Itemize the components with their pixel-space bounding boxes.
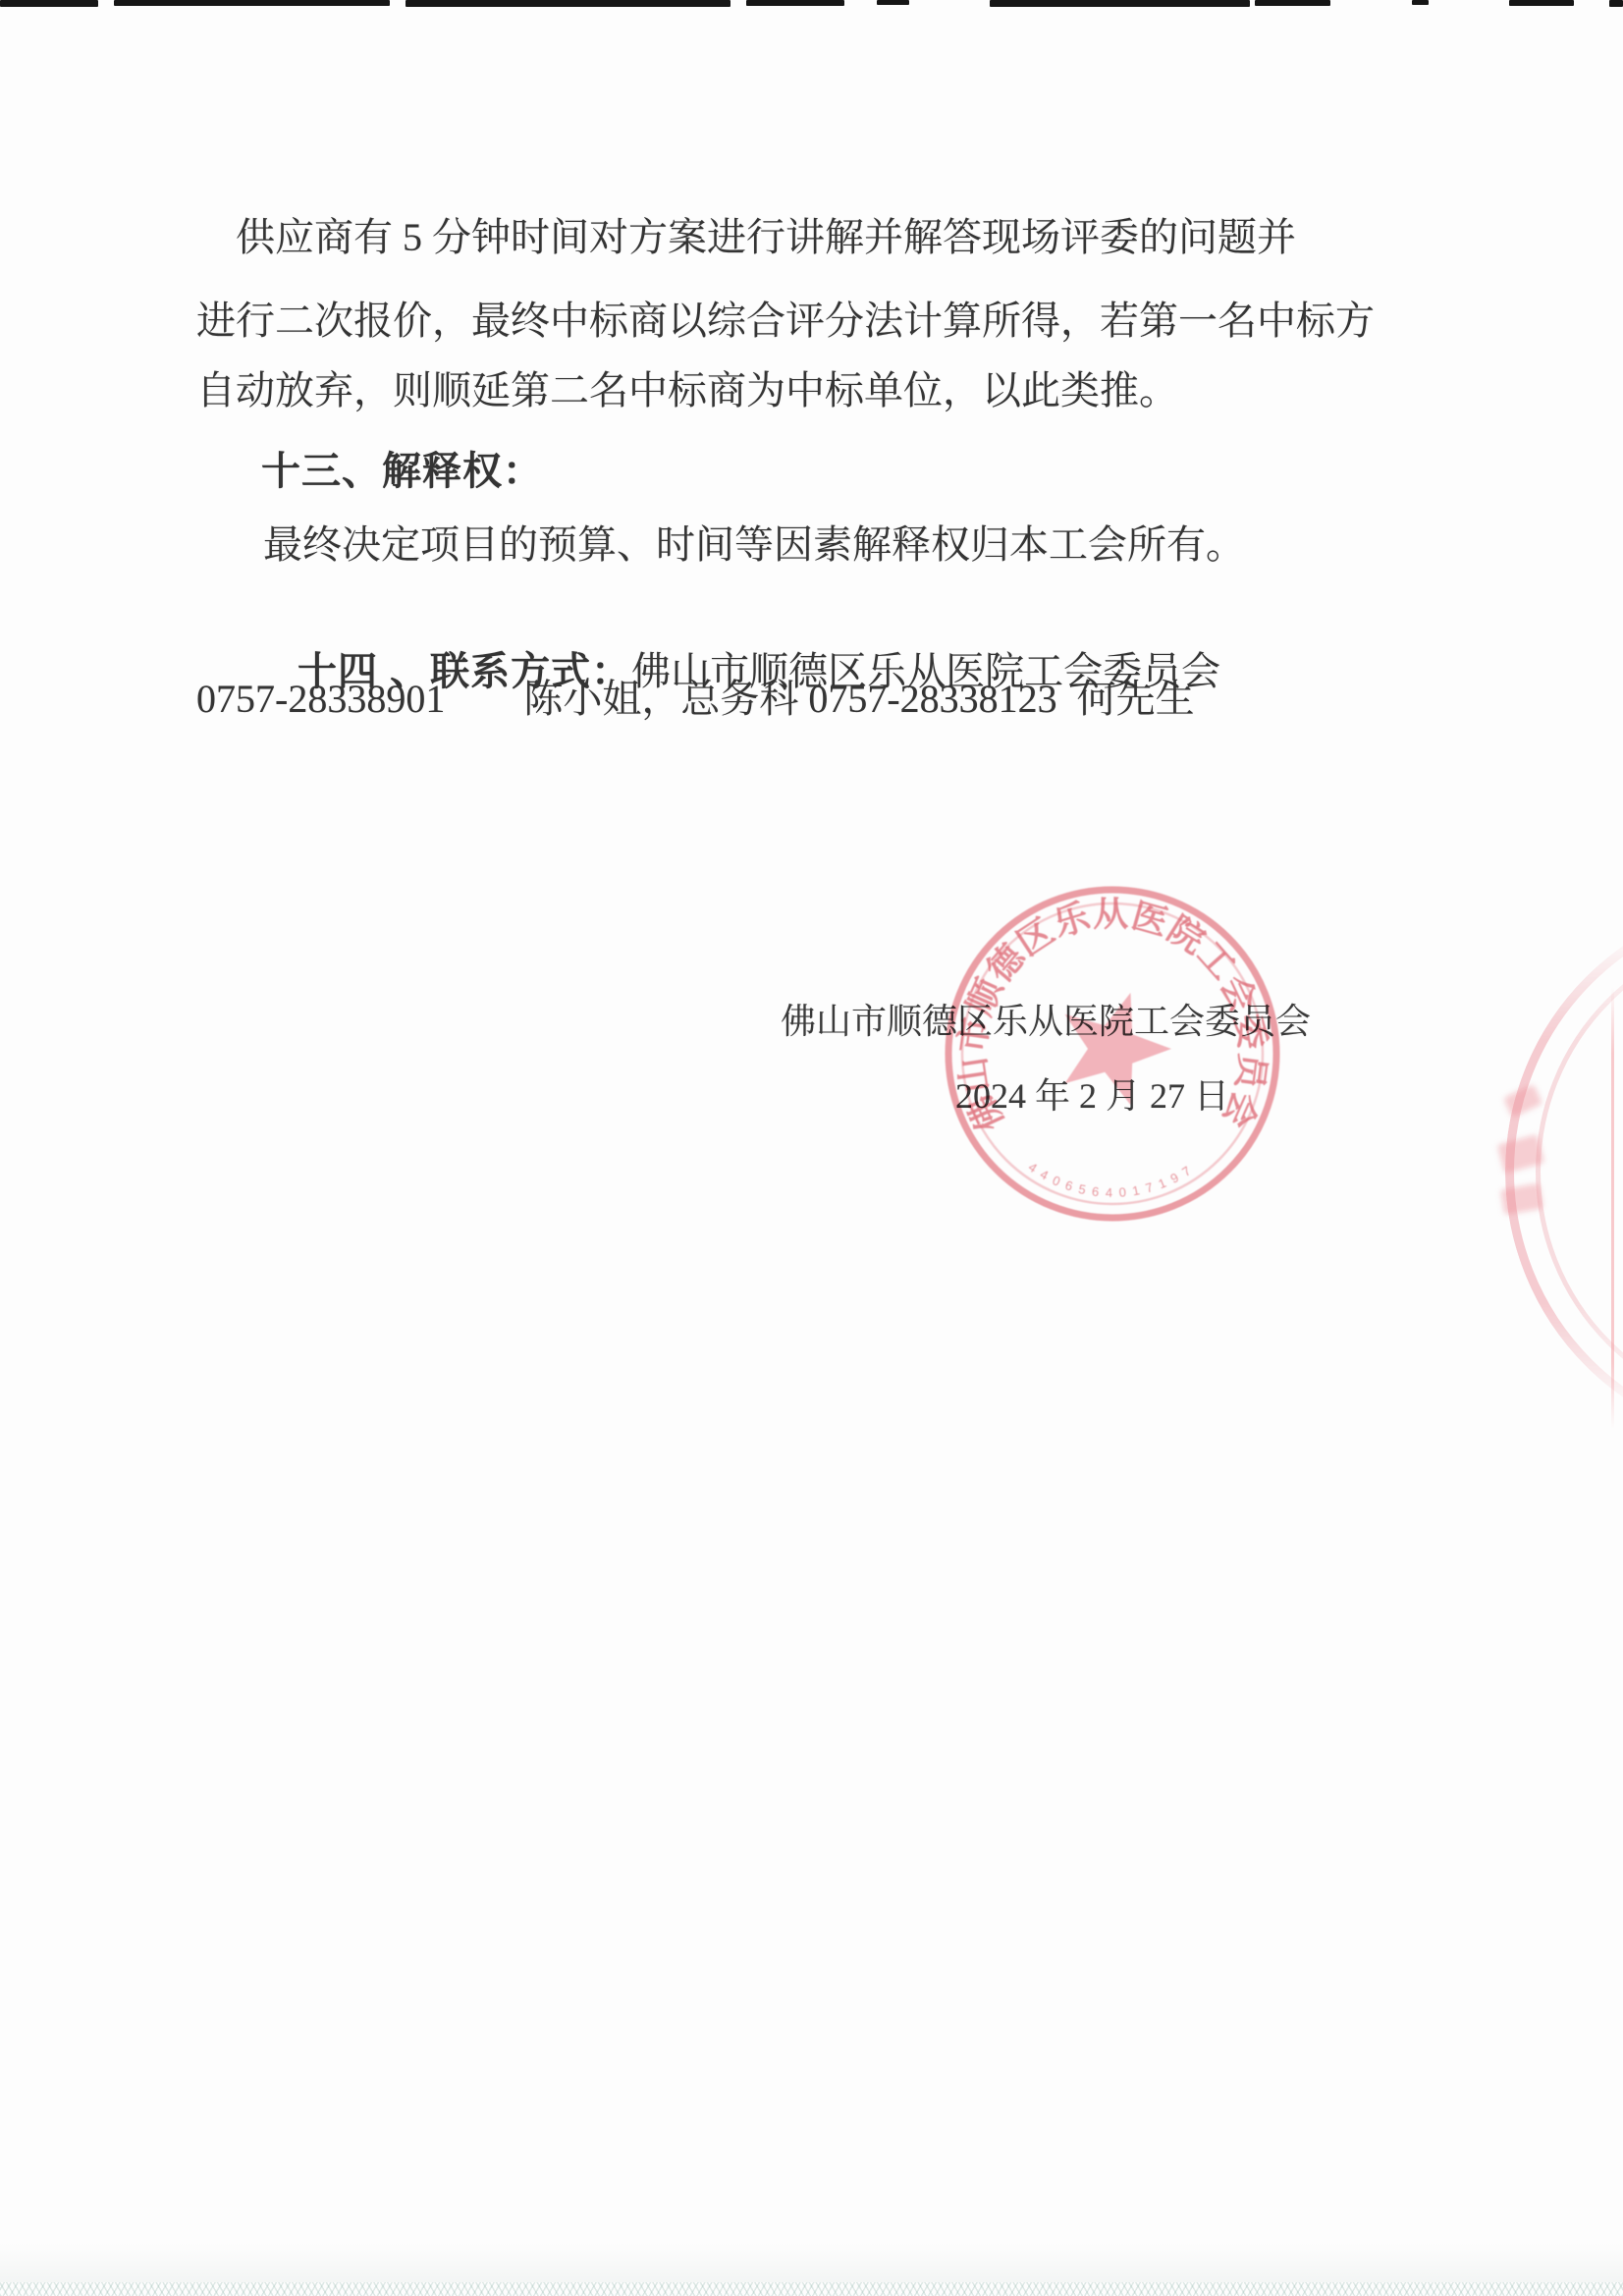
scan-artifact-segment	[1509, 0, 1574, 6]
scan-artifact-bottom	[0, 2282, 1623, 2296]
scan-artifact-segment	[406, 0, 730, 7]
scan-artifact-bottom-haze	[0, 2243, 1623, 2282]
seal-serial-number: 4406564017197	[1026, 1160, 1200, 1200]
scan-artifact-segment	[746, 0, 844, 6]
seal-star-icon	[1065, 993, 1172, 1105]
scan-artifact-segment	[0, 0, 98, 7]
contact-phone-line: 0757-28338901 陈小姐，总务科 0757-28338123 何先生	[196, 676, 1195, 723]
paragraph-line: 供应商有 5 分钟时间对方案进行讲解并解答现场评委的问题并	[236, 214, 1296, 261]
scan-artifact-segment	[1412, 0, 1429, 5]
scan-artifact-segment	[990, 0, 1250, 7]
scan-artifact-segment	[1609, 0, 1623, 7]
scanned-document-page: 供应商有 5 分钟时间对方案进行讲解并解答现场评委的问题并 进行二次报价，最终中…	[0, 0, 1623, 2296]
paragraph-line: 进行二次报价，最终中标商以综合评分法计算所得，若第一名中标方	[196, 298, 1375, 345]
paragraph-line: 自动放弃，则顺延第二名中标商为中标单位，以此类推。	[196, 367, 1178, 414]
section-13-heading: 十三、解释权：	[261, 448, 543, 495]
partial-seal-inner-ring	[1536, 927, 1623, 1416]
scan-artifact-segment	[114, 0, 390, 6]
scan-edge-line	[1611, 987, 1614, 1429]
scan-artifact-segment	[1255, 0, 1330, 6]
section-13-body: 最终决定项目的预算、时间等因素解释权归本工会所有。	[263, 521, 1245, 569]
partial-seal-stamp	[1505, 897, 1623, 1447]
scan-artifact-segment	[877, 0, 909, 5]
official-seal-stamp: 佛山市顺德区乐从医院工会委员会 4406564017197	[941, 882, 1284, 1226]
